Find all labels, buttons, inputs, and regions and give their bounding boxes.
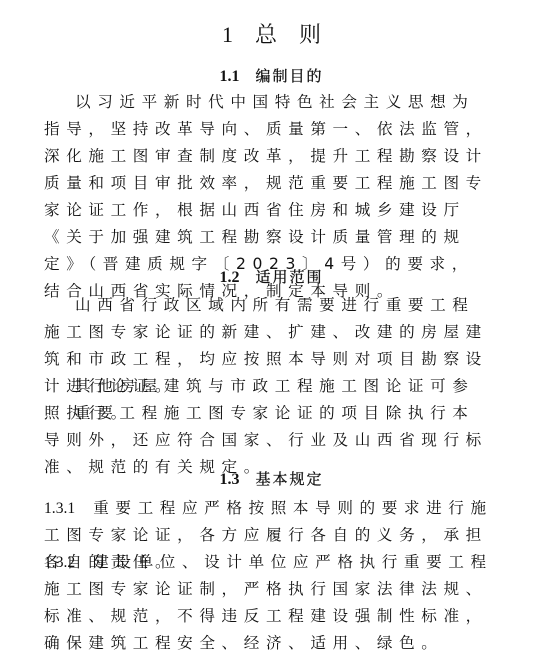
clause-text: 建设单位、设计单位应严格执行重要工程施工图专家论证制，严格执行国家法律法规、标准… xyxy=(44,553,493,652)
section-title: 适用范围 xyxy=(255,268,323,286)
section-number: 1.2 xyxy=(219,269,239,286)
section-heading-1-3: 1.3基本规定 xyxy=(0,468,543,491)
section-title: 编制目的 xyxy=(255,67,323,85)
document-page: 1总则 1.1编制目的 以习近平新时代中国特色社会主义思想为指导，坚持改革导向、… xyxy=(0,0,543,669)
section-number: 1.3 xyxy=(219,471,239,488)
clause-1-3-2: 1.3.2建设单位、设计单位应严格执行重要工程施工图专家论证制，严格执行国家法律… xyxy=(44,549,494,657)
chapter-number: 1 xyxy=(222,22,233,47)
clause-number: 1.3.2 xyxy=(44,554,75,571)
chapter-title-text: 总则 xyxy=(255,23,343,48)
section-heading-1-1: 1.1编制目的 xyxy=(0,65,543,88)
section-number: 1.1 xyxy=(219,68,239,85)
clause-number: 1.3.1 xyxy=(44,500,75,517)
chapter-title: 1总则 xyxy=(0,20,543,51)
section-title: 基本规定 xyxy=(255,470,323,488)
section-heading-1-2: 1.2适用范围 xyxy=(0,266,543,289)
